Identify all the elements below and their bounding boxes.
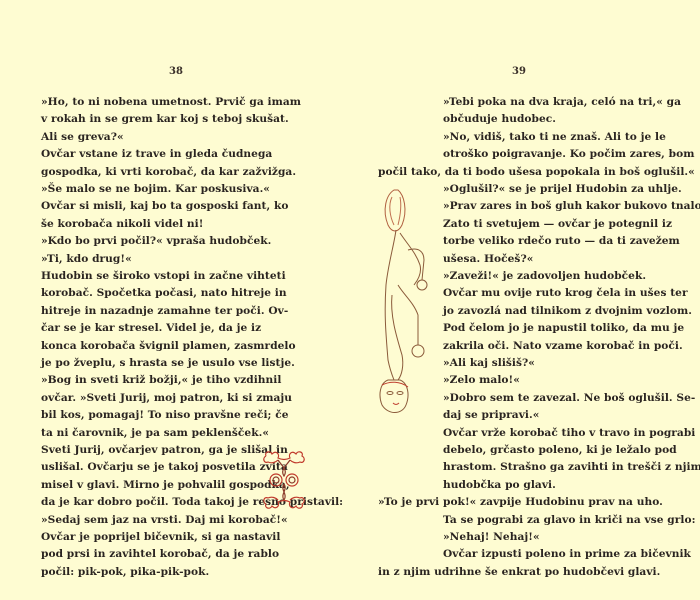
text-line: uslišal. Ovčarju se je takoj posvetila z… [41, 459, 288, 476]
text-line: Ovčar izpusti poleno in prime za bičevni… [443, 546, 691, 563]
text-line: »Zaveži!« je zadovoljen hudobček. [443, 268, 646, 285]
text-line: Zato ti svetujem — ovčar je potegnil iz [443, 216, 672, 233]
text-line: Ovčar je poprijel bičevnik, si ga nastav… [41, 529, 280, 546]
text-line: »Ali kaj slišiš?« [443, 355, 535, 372]
text-line: občuduje hudobec. [443, 111, 556, 128]
text-line: »Še malo se ne bojim. Kar poskusiva.« [41, 181, 270, 198]
text-line: ovčar. »Sveti Jurij, moj patron, ki si z… [41, 390, 292, 407]
text-line: Sveti Jurij, ovčarjev patron, ga je sliš… [41, 442, 288, 459]
text-line: ta ni čarovnik, je pa sam peklenšček.« [41, 425, 269, 442]
text-line: otroško poigravanje. Ko počim zares, bom [443, 146, 695, 163]
text-line: daj se pripravi.« [443, 407, 539, 424]
text-line: »Sedaj sem jaz na vrsti. Daj mi korobač!… [41, 512, 288, 529]
devil-figure-illustration [368, 185, 428, 415]
text-line: misel v glavi. Mirno je pohvalil gospodk… [41, 477, 290, 494]
page-number-left: 38 [169, 66, 183, 77]
text-line: »To je prvi pok!« zavpije Hudobinu prav … [378, 494, 663, 511]
text-line: konca korobača švignil plamen, zasmrdelo [41, 338, 296, 355]
text-line: »Zelo malo!« [443, 372, 520, 389]
text-line: Ovčar vstane iz trave in gleda čudnega [41, 146, 272, 163]
text-line: počil tako, da ti bodo ušesa popokala in… [378, 164, 695, 181]
text-line: počil: pik-pok, pika-pik-pok. [41, 564, 209, 581]
text-line: Ovčar vrže korobač tiho v travo in pogra… [443, 425, 695, 442]
text-line: pod prsi in zavihtel korobač, da je rabl… [41, 546, 279, 563]
text-line: je po žveplu, s hrasta se je usulo vse l… [41, 355, 295, 372]
text-line: ušesa. Hočeš?« [443, 251, 533, 268]
text-line: v rokah in se grem kar koj s teboj skuša… [41, 111, 289, 128]
text-line: »Bog in sveti križ božji,« je tiho vzdih… [41, 372, 281, 389]
text-line: jo zavozlá nad tilnikom z dvojnim vozlom… [443, 303, 692, 320]
text-line: Ovčar mu ovije ruto krog čela in ušes te… [443, 285, 688, 302]
text-line: Ovčar si misli, kaj bo ta gosposki fant,… [41, 198, 288, 215]
text-line: »Tebi poka na dva kraja, celó na tri,« g… [443, 94, 681, 111]
text-line: Ali se greva?« [41, 129, 124, 146]
text-line: »Ho, to ni nobena umetnost. Prvič ga ima… [41, 94, 301, 111]
text-line: čar se je kar stresel. Videl je, da je i… [41, 320, 261, 337]
text-line: zakrila oči. Nato vzame korobač in poči. [443, 338, 683, 355]
text-line: »Prav zares in boš gluh kakor bukovo tna… [443, 198, 700, 215]
text-line: »Oglušil?« se je prijel Hudobin za uhlje… [443, 181, 682, 198]
text-line: hitreje in nazadnje zamahne ter poči. Ov… [41, 303, 288, 320]
text-line: in z njim udrihne še enkrat po hudobčevi… [378, 564, 660, 581]
text-line: bil kos, pomagaj! To niso pravšne reči; … [41, 407, 289, 424]
text-line: Pod čelom jo je napustil toliko, da mu j… [443, 320, 684, 337]
text-line: Hudobin se široko vstopi in začne vihtet… [41, 268, 286, 285]
text-line: »Kdo bo prvi počil?« vpraša hudobček. [41, 233, 271, 250]
text-line: gospodka, ki vrti korobač, da kar zažviž… [41, 164, 296, 181]
text-line: »No, vidiš, tako ti ne znaš. Ali to je l… [443, 129, 666, 146]
celtic-knot-ornament [262, 450, 306, 510]
text-line: »Ti, kdo drug!« [41, 251, 132, 268]
text-line: korobač. Spočetka počasi, nato hitreje i… [41, 285, 287, 302]
text-line: Ta se pograbi za glavo in kriči na vse g… [443, 512, 696, 529]
text-line: »Nehaj! Nehaj!« [443, 529, 540, 546]
text-line: še korobača nikoli videl ni! [41, 216, 203, 233]
text-line: hudobčka po glavi. [443, 477, 556, 494]
text-line: »Dobro sem te zavezal. Ne boš oglušil. S… [443, 390, 695, 407]
text-line: debelo, grčasto poleno, ki je ležalo pod [443, 442, 677, 459]
text-line: torbe veliko rdečo ruto — da ti zavežem [443, 233, 680, 250]
page-number-right: 39 [512, 66, 526, 77]
text-line: hrastom. Strašno ga zavihti in trešči z … [443, 459, 700, 476]
